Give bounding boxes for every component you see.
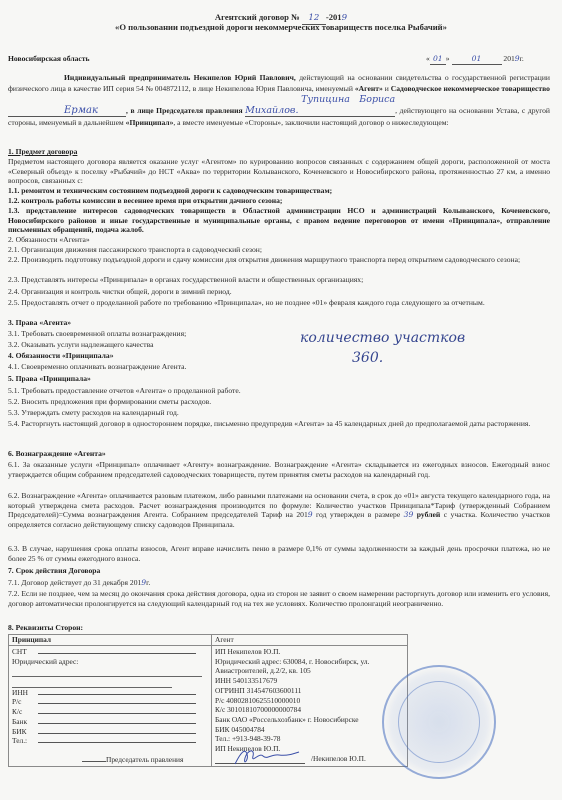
section-4-title: 4. Обязанности «Принципала» bbox=[8, 351, 114, 361]
section-1-text: Предметом настоящего договора является о… bbox=[8, 157, 550, 186]
agent-label: «Агент» bbox=[355, 84, 383, 93]
principal-ks-label: К/с bbox=[12, 707, 38, 717]
handwritten-note-count: 360. bbox=[352, 350, 383, 366]
agent-signature-caption: /Некипелов Ю.П. bbox=[311, 754, 366, 764]
chairman-label: , в лице Председателя правления bbox=[126, 106, 243, 115]
principal-tel-label: Тел.: bbox=[12, 736, 38, 746]
handwritten-note-plots: количество участков bbox=[300, 330, 465, 346]
principal-signature-caption: Председатель правления bbox=[106, 755, 183, 764]
snt-name-handwritten: Ермак bbox=[64, 105, 98, 116]
date-month-handwritten: 01 bbox=[472, 54, 482, 63]
principal-ks-row: К/с bbox=[12, 707, 208, 717]
tariff-currency: рублей bbox=[413, 510, 440, 519]
agent-ogrnip: ОГРИНП 314547603600111 bbox=[215, 686, 404, 696]
agent-tel: Тел.: +913-948-39-78 bbox=[215, 734, 404, 744]
section-6-title: 6. Вознаграждение «Агента» bbox=[8, 449, 106, 459]
agent-header: Агент bbox=[212, 635, 408, 646]
clause-2-1: 2.1. Организация движения пассажирского … bbox=[8, 245, 262, 255]
principal-rs-row: Р/с bbox=[12, 697, 208, 707]
agent-name: ИП Некипелов Ю.П. bbox=[215, 647, 404, 657]
principal-address-label: Юридический адрес: bbox=[12, 657, 208, 667]
agent-address-1: Юридический адрес: 630084, г. Новосибирс… bbox=[215, 657, 404, 667]
clause-5-4: 5.4. Расторгнуть настоящий договор в одн… bbox=[8, 419, 550, 429]
requisites-table: Принципал Агент СНТ Юридический адрес: И… bbox=[8, 634, 408, 767]
title-prefix: Агентский договор № bbox=[215, 12, 300, 22]
principal-bank-label: Банк bbox=[12, 717, 38, 727]
principal-inn-label: ИНН bbox=[12, 688, 38, 698]
agent-address-2: Авиастроителей, д.2/2, кв. 105 bbox=[215, 666, 404, 676]
clause-7-1: 7.1. Договор действует до 31 декабря 201… bbox=[8, 578, 150, 588]
signature-icon bbox=[231, 746, 301, 768]
agent-ks: К/с 30101810700000000784 bbox=[215, 705, 404, 715]
conjunction: и bbox=[383, 84, 391, 93]
contract-date: «01» 01 2019г. bbox=[426, 54, 524, 65]
principal-signature-row: Председатель правления bbox=[12, 755, 208, 765]
clause-1-1: 1.1. ремонтом и техническим состоянием п… bbox=[8, 186, 332, 196]
date-day-field: 01 bbox=[430, 54, 446, 65]
title-year: -201 bbox=[326, 12, 342, 22]
principal-snt-row: СНТ bbox=[12, 647, 208, 657]
clause-6-2-text-b: год утвержден в размере bbox=[313, 510, 404, 519]
snt-name-field: Ермак bbox=[8, 105, 126, 117]
agent-details: ИП Некипелов Ю.П. Юридический адрес: 630… bbox=[212, 646, 408, 767]
principal-address-line-2[interactable] bbox=[12, 677, 172, 688]
clause-7-1-text: 7.1. Договор действует до 31 декабря 201 bbox=[8, 578, 141, 587]
principal-details: СНТ Юридический адрес: ИНН Р/с К/с Банк … bbox=[9, 646, 212, 767]
principal-inn-field[interactable] bbox=[38, 694, 196, 695]
snt-label: Садоводческое некоммерческое товариществ… bbox=[391, 84, 550, 93]
principal-address-line-1[interactable] bbox=[12, 666, 202, 677]
clause-3-1: 3.1. Требовать своевременной оплаты возн… bbox=[8, 329, 186, 339]
clause-1-2: 1.2. контроль работы комиссии в весеннее… bbox=[8, 196, 282, 206]
principal-bik-field[interactable] bbox=[38, 733, 196, 734]
chairman-name-handwritten: Тупицина Бориса Михайлов. bbox=[245, 94, 395, 116]
closing-text: , а вместе именуемые «Стороны», заключил… bbox=[173, 118, 448, 127]
principal-header: Принципал bbox=[9, 635, 212, 646]
date-suffix: г. bbox=[520, 54, 524, 63]
contract-subtitle: «О пользовании подъездной дороги некомме… bbox=[0, 23, 562, 33]
section-3-title: 3. Права «Агента» bbox=[8, 318, 71, 328]
chairman-name-field: Тупицина Бориса Михайлов. bbox=[245, 94, 395, 117]
agent-inn: ИНН 540133517679 bbox=[215, 676, 404, 686]
principal-label: «Принципал» bbox=[126, 118, 174, 127]
region: Новосибирская область bbox=[8, 54, 90, 64]
principal-bik-row: БИК bbox=[12, 727, 208, 737]
principal-tel-field[interactable] bbox=[38, 742, 196, 743]
section-8-title: 8. Реквизиты Сторон: bbox=[8, 623, 83, 633]
principal-bank-row: Банк bbox=[12, 717, 208, 727]
principal-signature-field[interactable] bbox=[82, 761, 106, 762]
clause-6-1: 6.1. За оказанные услуги «Принципал» опл… bbox=[8, 460, 550, 479]
clause-6-3: 6.3. В случае, нарушения срока оплаты вз… bbox=[8, 544, 550, 563]
contract-page: Агентский договор № 12-2019 «О пользован… bbox=[0, 0, 562, 800]
principal-tel-row: Тел.: bbox=[12, 736, 208, 746]
principal-bik-label: БИК bbox=[12, 727, 38, 737]
principal-snt-label: СНТ bbox=[12, 647, 38, 657]
agent-bik: БИК 045004784 bbox=[215, 725, 404, 735]
clause-2-3: 2.3. Представлять интересы «Принципала» … bbox=[8, 275, 363, 285]
clause-4-1: 4.1. Своевременно оплачивать вознагражде… bbox=[8, 362, 186, 372]
date-quote-close: » bbox=[446, 54, 450, 63]
clause-5-3: 5.3. Утверждать смету расходов на календ… bbox=[8, 408, 179, 418]
clause-2-5: 2.5. Предоставлять отчет о проделанной р… bbox=[8, 298, 550, 308]
date-year: 201 bbox=[503, 54, 514, 63]
clause-3-2: 3.2. Оказывать услуги надлежащего качест… bbox=[8, 340, 153, 350]
clause-7-1-suffix: г. bbox=[146, 578, 150, 587]
clause-2-2: 2.2. Производить подготовку подъездной д… bbox=[8, 255, 550, 265]
clause-7-2: 7.2. Если не позднее, чем за месяц до ок… bbox=[8, 589, 550, 608]
agent-bank: Банк ОАО «Россельхозбанк» г. Новосибирск… bbox=[215, 715, 404, 725]
section-7-title: 7. Срок действия Договора bbox=[8, 566, 100, 576]
agent-signature-row: /Некипелов Ю.П. bbox=[215, 754, 404, 766]
clause-1-3: 1.3. представление интересов садоводческ… bbox=[8, 206, 550, 235]
clause-5-2: 5.2. Вносить предложения при формировани… bbox=[8, 397, 211, 407]
principal-bank-field[interactable] bbox=[38, 723, 196, 724]
date-day-handwritten: 01 bbox=[433, 54, 443, 63]
section-5-title: 5. Права «Принципала» bbox=[8, 374, 91, 384]
preamble: Индивидуальный предприниматель Некипелов… bbox=[8, 72, 550, 128]
tariff-amount-handwritten: 39 bbox=[404, 510, 414, 519]
agent-party-name: Индивидуальный предприниматель Некипелов… bbox=[64, 73, 296, 82]
clause-2-4: 2.4. Организация и контроль чистки общей… bbox=[8, 287, 232, 297]
principal-inn-row: ИНН bbox=[12, 688, 208, 698]
clause-5-1: 5.1. Требовать предоставление отчетов «А… bbox=[8, 386, 241, 396]
date-month-field: 01 bbox=[452, 54, 502, 65]
principal-rs-label: Р/с bbox=[12, 697, 38, 707]
section-2-title: 2. Обязанности «Агента» bbox=[8, 235, 90, 245]
agent-rs: Р/с 40802810625510000010 bbox=[215, 696, 404, 706]
principal-snt-field[interactable] bbox=[38, 653, 196, 654]
section-1-title: 1. Предмет договора bbox=[8, 147, 77, 157]
clause-6-2: 6.2. Вознаграждение «Агента» оплачиваетс… bbox=[8, 491, 550, 529]
principal-ks-field[interactable] bbox=[38, 713, 196, 714]
principal-rs-field[interactable] bbox=[38, 703, 196, 704]
